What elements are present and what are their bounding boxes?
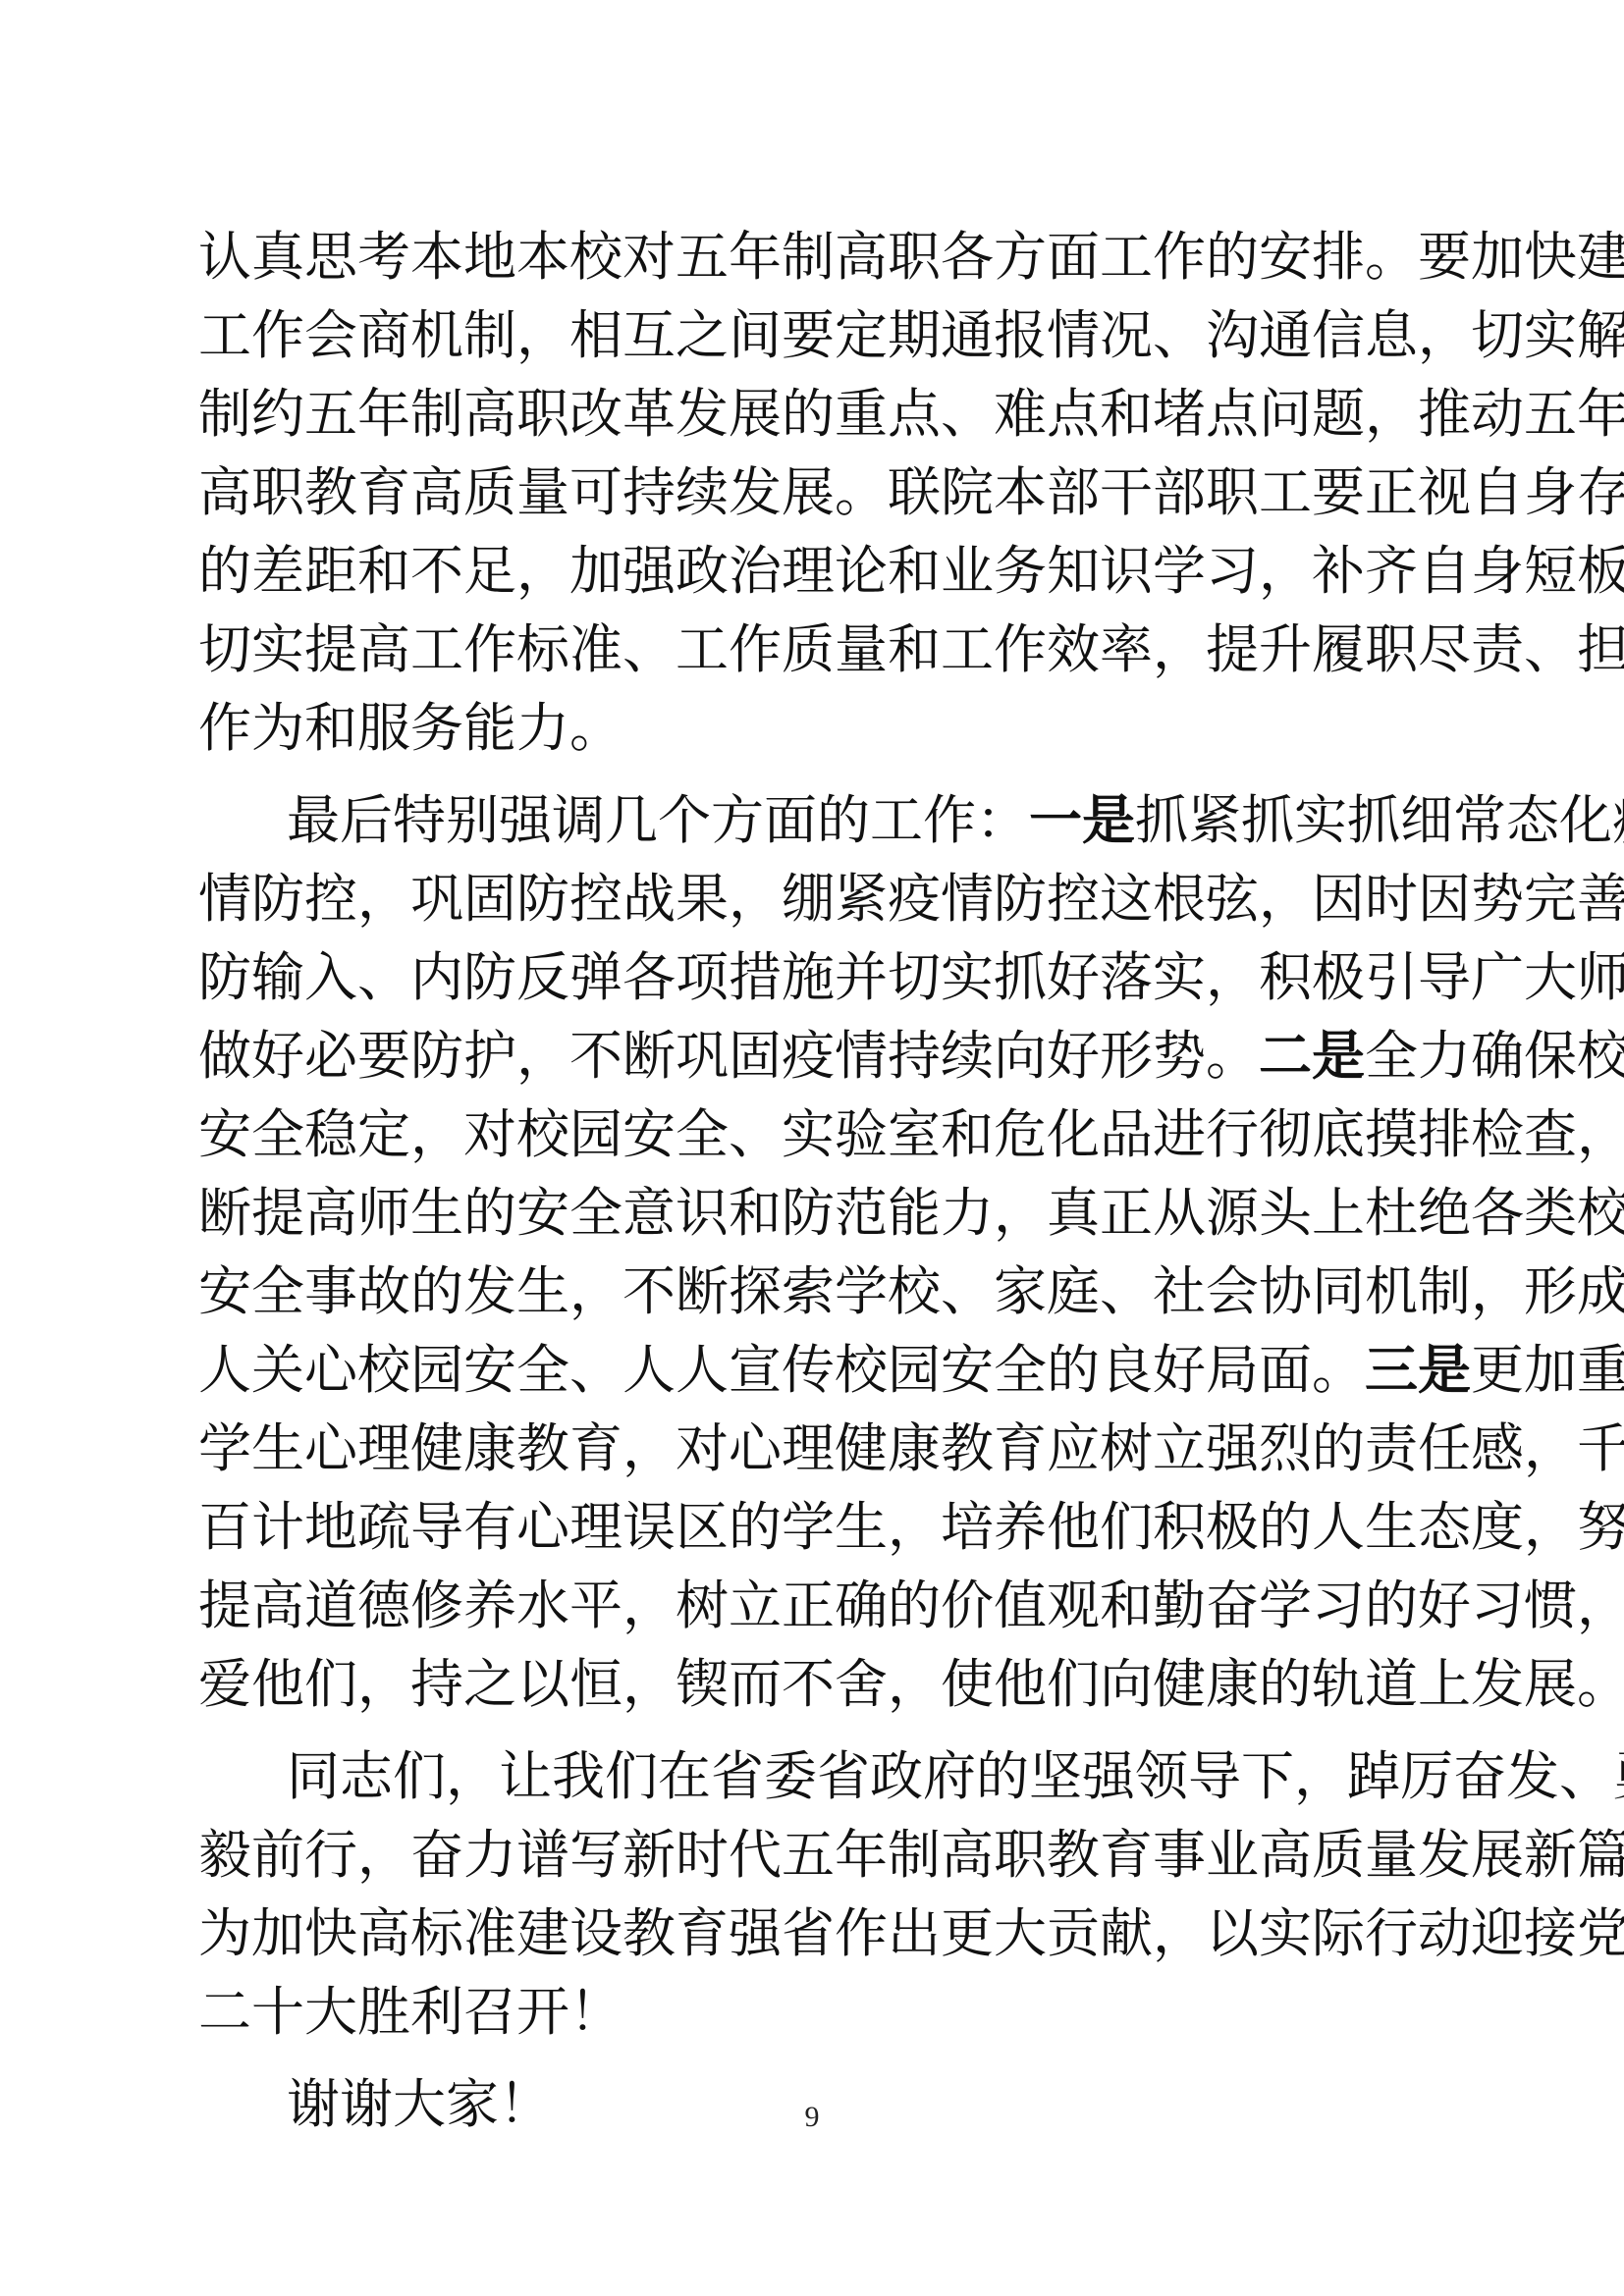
text-line: 提高道德修养水平，树立正确的价值观和勤奋学习的好习惯，厚 [198, 1567, 1434, 1645]
emphasis-first: 一是 [1029, 789, 1135, 851]
document-page: 认真思考本地本校对五年制高职各方面工作的安排。要加快建立 工作会商机制，相互之间… [198, 218, 1434, 2144]
text-line: 认真思考本地本校对五年制高职各方面工作的安排。要加快建立 [198, 218, 1434, 296]
text-line: 安全事故的发生，不断探索学校、家庭、社会协同机制，形成人 [198, 1253, 1434, 1331]
text-span: 人关心校园安全、人人宣传校园安全的良好局面。 [198, 1339, 1365, 1401]
text-line: 工作会商机制，相互之间要定期通报情况、沟通信息，切实解决 [198, 296, 1434, 375]
emphasis-third: 三是 [1365, 1339, 1471, 1401]
text-line: 为加快高标准建设教育强省作出更大贡献，以实际行动迎接党的 [198, 1895, 1434, 1973]
text-line: 防输入、内防反弹各项措施并切实抓好落实，积极引导广大师生 [198, 938, 1434, 1017]
text-line: 的差距和不足，加强政治理论和业务知识学习，补齐自身短板， [198, 532, 1434, 611]
text-line: 情防控，巩固防控战果，绷紧疫情防控这根弦，因时因势完善外 [198, 860, 1434, 938]
text-span: 更加重视 [1471, 1339, 1624, 1401]
text-span: 最后特别强调几个方面的工作： [287, 789, 1029, 851]
text-line: 高职教育高质量可持续发展。联院本部干部职工要正视自身存在 [198, 454, 1434, 532]
text-line: 作为和服务能力。 [198, 689, 1434, 768]
text-line: 百计地疏导有心理误区的学生，培养他们积极的人生态度，努力 [198, 1488, 1434, 1567]
paragraph-key-tasks: 最后特别强调几个方面的工作：一是抓紧抓实抓细常态化疫 情防控，巩固防控战果，绷紧… [198, 781, 1434, 1724]
text-line: 同志们，让我们在省委省政府的坚强领导下，踔厉奋发、勇 [198, 1737, 1434, 1816]
text-line: 爱他们，持之以恒，锲而不舍，使他们向健康的轨道上发展。 [198, 1645, 1434, 1724]
text-line: 毅前行，奋力谱写新时代五年制高职教育事业高质量发展新篇章， [198, 1816, 1434, 1895]
text-span: 做好必要防护，不断巩固疫情持续向好形势。 [198, 1025, 1259, 1087]
text-line: 安全稳定，对校园安全、实验室和危化品进行彻底摸排检查，不 [198, 1095, 1434, 1174]
text-line: 人关心校园安全、人人宣传校园安全的良好局面。三是更加重视 [198, 1331, 1434, 1410]
text-line: 二十大胜利召开！ [198, 1973, 1434, 2052]
emphasis-second: 二是 [1259, 1025, 1365, 1087]
text-line: 制约五年制高职改革发展的重点、难点和堵点问题，推动五年制 [198, 375, 1434, 454]
text-line: 学生心理健康教育，对心理健康教育应树立强烈的责任感，千方 [198, 1410, 1434, 1488]
text-line: 最后特别强调几个方面的工作：一是抓紧抓实抓细常态化疫 [198, 781, 1434, 860]
text-line: 做好必要防护，不断巩固疫情持续向好形势。二是全力确保校园 [198, 1017, 1434, 1095]
paragraph-conclusion: 同志们，让我们在省委省政府的坚强领导下，踔厉奋发、勇 毅前行，奋力谱写新时代五年… [198, 1737, 1434, 2052]
page-number: 9 [0, 2101, 1624, 2134]
text-span: 全力确保校园 [1365, 1025, 1624, 1087]
text-line: 切实提高工作标准、工作质量和工作效率，提升履职尽责、担当 [198, 611, 1434, 689]
text-span: 抓紧抓实抓细常态化疫 [1135, 789, 1624, 851]
paragraph-work-mechanism: 认真思考本地本校对五年制高职各方面工作的安排。要加快建立 工作会商机制，相互之间… [198, 218, 1434, 768]
text-line: 断提高师生的安全意识和防范能力，真正从源头上杜绝各类校园 [198, 1174, 1434, 1253]
